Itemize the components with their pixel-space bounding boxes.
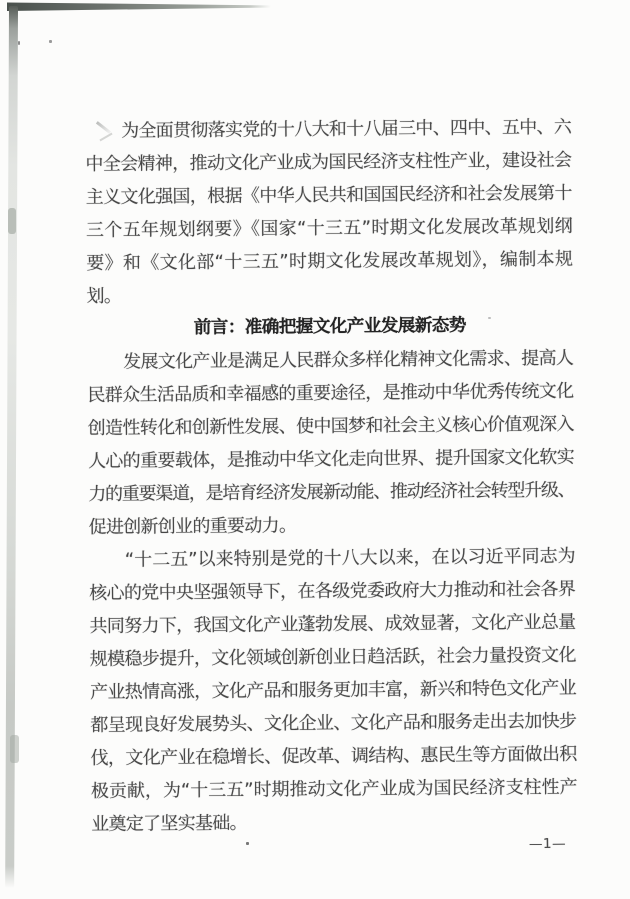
paragraph-line: 民群众生活品质和幸福感的重要途径，是推动中华优秀传统文化: [87, 375, 573, 412]
paragraph-line: 产业热情高涨，文化产品和服务更加丰富，新兴和特色文化产业: [90, 672, 576, 709]
scan-artifact-smudge: [8, 208, 16, 234]
paragraph-intro: 为全面贯彻落实党的十八大和十八届三中、四中、五中、六 中全会精神，推动文化产业成…: [85, 111, 573, 313]
section-heading: 前言：准确把握文化产业发展新态势: [87, 309, 573, 346]
scan-dust-speck: [49, 40, 52, 43]
paragraph-line: 伐，文化产业在稳增长、促改革、调结构、惠民生等方面做出积: [90, 738, 576, 775]
paragraph-significance: 发展文化产业是满足人民群众多样化精神文化需求、提高人 民群众生活品质和幸福感的重…: [87, 342, 575, 544]
paragraph-line: 力的重要渠道，是培育经济发展新动能、推动经济社会转型升级、: [88, 474, 574, 511]
paragraph-line: 极贡献，为“十三五”时期推动文化产业成为国民经济支柱性产: [91, 771, 577, 808]
paragraph-line: 核心的党中央坚强领导下，在各级党委政府大力推动和社会各界: [89, 573, 575, 610]
scan-dust-speck: [18, 41, 20, 45]
scan-artifact-smudge: [10, 735, 19, 763]
paragraph-line: 中全会精神，推动文化产业成为国民经济支柱性产业，建设社会: [85, 144, 571, 181]
document-body: 为全面贯彻落实党的十八大和十八届三中、四中、五中、六 中全会精神，推动文化产业成…: [85, 111, 577, 841]
scan-dust-speck: [246, 842, 249, 845]
scanned-page: 为全面贯彻落实党的十八大和十八届三中、四中、五中、六 中全会精神，推动文化产业成…: [0, 0, 630, 899]
paragraph-line: 共同努力下，我国文化产业蓬勃发展、成效显著，文化产业总量: [89, 606, 575, 643]
paragraph-line: 主义文化强国，根据《中华人民共和国国民经济和社会发展第十: [86, 177, 572, 214]
paragraph-line: 三个五年规划纲要》《国家“十三五”时期文化发展改革规划纲: [86, 210, 572, 247]
paragraph-line: 发展文化产业是满足人民群众多样化精神文化需求、提高人: [87, 342, 573, 379]
paragraph-line: 划。: [86, 276, 572, 313]
paragraph-line: 创造性转化和创新性发展、使中国梦和社会主义核心价值观深入: [88, 408, 574, 445]
paragraph-line: 促进创新创业的重要动力。: [88, 507, 574, 544]
paragraph-line: 人心的重要载体，是推动中华文化走向世界、提升国家文化软实: [88, 441, 574, 478]
paragraph-achievements: “十二五”以来特别是党的十八大以来，在以习近平同志为 核心的党中央坚强领导下，在…: [89, 540, 578, 841]
paragraph-line: 为全面贯彻落实党的十八大和十八届三中、四中、五中、六: [85, 111, 571, 148]
scan-artifact-top-edge: [7, 2, 271, 11]
paragraph-line: 规模稳步提升，文化领域创新创业日趋活跃，社会力量投资文化: [90, 639, 576, 676]
paragraph-line: “十二五”以来特别是党的十八大以来，在以习近平同志为: [89, 540, 575, 577]
page-number: —1—: [529, 836, 566, 852]
paragraph-line: 要》和《文化部“十三五”时期文化发展改革规划》，编制本规: [86, 243, 572, 280]
paragraph-line: 业奠定了坚实基础。: [91, 804, 577, 841]
paragraph-line: 都呈现良好发展势头、文化企业、文化产品和服务走出去加快步: [90, 705, 576, 742]
